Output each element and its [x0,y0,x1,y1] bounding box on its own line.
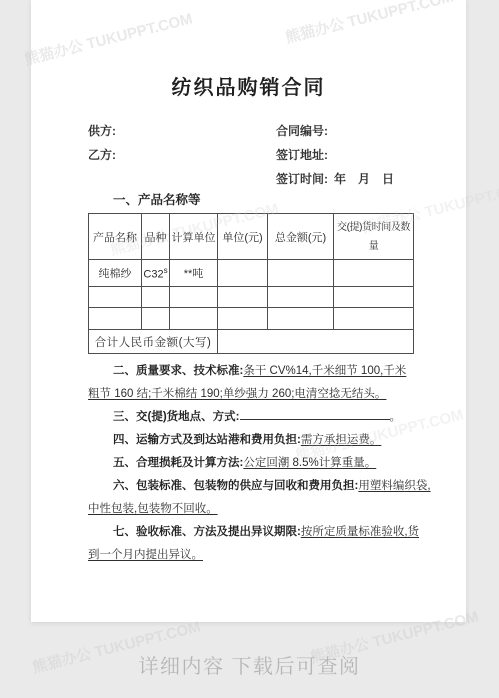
clause-2-line-1: 二、质量要求、技术标准:条干 CV%14,千米细节 100,千米 [88,360,420,383]
supplier-label: 供方: [88,122,116,139]
document-preview: { "watermark": { "text": "熊猫办公 TUKUPPT.C… [0,0,499,698]
sign-time-value: 年 月 日 [334,172,394,186]
col-header-total-amount: 总金额(元) [268,214,334,260]
col-header-variety: 品种 [142,214,170,260]
clause-4-line: 四、运输方式及到达站港和费用负担:需方承担运费。 [88,429,420,452]
contract-page: 纺织品购销合同 供方: 乙方: 合同编号: 签订地址: 签订时间:年 月 日 一… [31,0,466,622]
fill-in-blank [240,408,390,420]
clause-7-line-2: 到一个月内提出异议。 [88,544,420,567]
total-amount-words-label: 合计人民币金额(大写) [89,330,218,354]
col-header-unit-price: 单位(元) [218,214,268,260]
clause-6-line-2: 中性包装,包装物不回收。 [88,498,420,521]
cell-total-amount [268,260,334,287]
table-row-empty [89,287,414,308]
total-amount-words-value [218,330,414,354]
col-header-calc-unit: 计算单位 [170,214,218,260]
clause-2-line-2: 粗节 160 结;千米棉结 190;单纱强力 260;电清空捻无结头。 [88,383,420,406]
party-b-label: 乙方: [88,146,116,163]
cell-product-name: 纯棉纱 [89,260,142,287]
sign-time-label: 签订时间: [276,172,328,186]
clause-7-line-1: 七、验收标准、方法及提出异议期限:按所定质量标准验收,货 [88,521,420,544]
clause-3-line: 三、交(提)货地点、方式:。 [88,406,420,429]
variety-superscript: s [164,266,168,275]
clause-6-line-1: 六、包装标准、包装物的供应与回收和费用负担:用塑料编织袋, [88,475,420,498]
col-header-product-name: 产品名称 [89,214,142,260]
table-header-row: 产品名称 品种 计算单位 单位(元) 总金额(元) 交(提)货时间及数量 [89,214,414,260]
sign-address-label: 签订地址: [276,146,328,163]
clause-5-line: 五、合理损耗及计算方法:公定回潮 8.5%计算重量。 [88,452,420,475]
table-row-empty [89,308,414,330]
page-title: 纺织品购销合同 [31,71,466,100]
section-1-heading: 一、产品名称等 [113,190,201,208]
download-notice: 详细内容 下载后可查阅 [0,650,499,679]
cell-variety: C32s [142,260,170,287]
products-table: 产品名称 品种 计算单位 单位(元) 总金额(元) 交(提)货时间及数量 纯棉纱… [88,213,414,354]
cell-calc-unit: **吨 [170,260,218,287]
contract-no-label: 合同编号: [276,122,328,139]
col-header-delivery-time-qty: 交(提)货时间及数量 [334,214,414,260]
cell-unit-price [218,260,268,287]
clauses-block: 二、质量要求、技术标准:条干 CV%14,千米细节 100,千米 粗节 160 … [88,360,420,567]
table-row: 纯棉纱 C32s **吨 [89,260,414,287]
sign-time-row: 签订时间:年 月 日 [276,170,394,187]
cell-delivery-time-qty [334,260,414,287]
table-total-row: 合计人民币金额(大写) [89,330,414,354]
